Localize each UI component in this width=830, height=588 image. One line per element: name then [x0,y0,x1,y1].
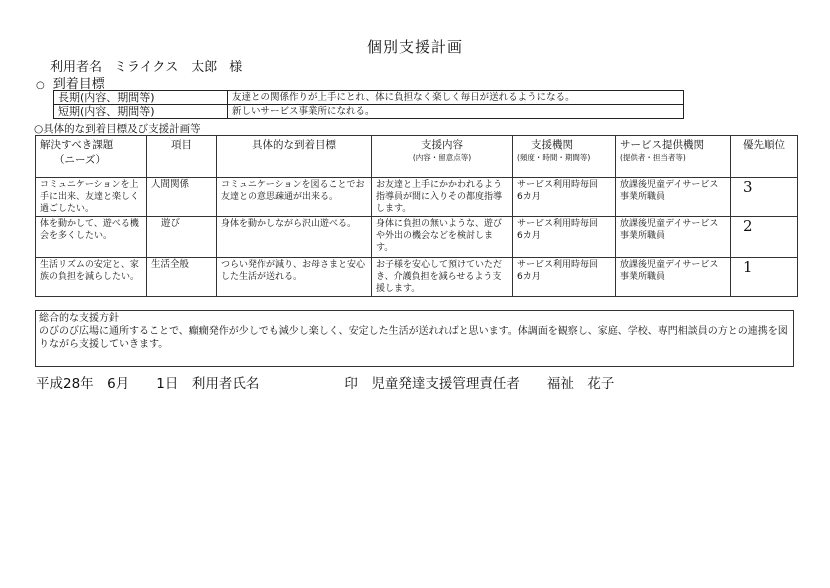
goal-cell: コミュニケーションを図ることでお友達との意思疎通が出来る。 [217,178,372,217]
user-honorific: 様 [229,60,242,75]
header-item: 項目 [147,136,217,178]
manager-name: 福祉 花子 [547,372,615,392]
header-agency: 支援機関(頻度・時間・期間等) [513,136,616,178]
user-name: ミライクス 太郎 [114,60,217,75]
goal-cell: 身体を動かしながら沢山遊べる。 [217,217,372,258]
goal-value: 新しいサービス事業所になれる。 [228,105,684,119]
goals-table: 長期(内容、期間等) 友達との関係作りが上手にとれ、体に負担なく楽しく毎日が送れ… [53,90,684,119]
manager-label: 児童発達支援管理責任者 [371,372,520,392]
need-cell: コミュニケーションを上手に出来、友達と楽しく過ごしたい。 [36,178,147,217]
agency-cell: サービス利用時毎回6カ月 [513,258,616,297]
policy-heading: 総合的な支援方針 [39,312,793,325]
user-signature-label: 利用者氏名 [192,372,260,392]
agency-cell: サービス利用時毎回6カ月 [513,178,616,217]
support-cell: 身体に負担の無いような、遊びや外出の機会などを検討します。 [372,217,513,258]
need-cell: 生活リズムの安定と、家族の負担を減らしたい。 [36,258,147,297]
agency-cell: サービス利用時毎回6カ月 [513,217,616,258]
header-priority: 優先順位 [731,136,798,178]
seal-mark: 印 [344,372,358,392]
plan-heading: ○具体的な到着目標及び支援計画等 [34,121,201,136]
support-cell: お友達と上手にかかわれるよう指導員が間に入りその都度指導します。 [372,178,513,217]
item-cell: 生活全般 [147,258,217,297]
goal-label: 短期(内容、期間等) [54,105,228,119]
plan-row: コミュニケーションを上手に出来、友達と楽しく過ごしたい。 人間関係 コミュニケー… [36,178,798,217]
provider-cell: 放課後児童デイサービス事業所職員 [616,217,731,258]
plan-row: 生活リズムの安定と、家族の負担を減らしたい。 生活全般 つらい発作が減り、お母さ… [36,258,798,297]
goal-row-long: 長期(内容、期間等) 友達との関係作りが上手にとれ、体に負担なく楽しく毎日が送れ… [54,91,684,105]
plan-row: 体を動かして、遊べる機会を多くしたい。 遊び 身体を動かしながら沢山遊べる。 身… [36,217,798,258]
provider-cell: 放課後児童デイサービス事業所職員 [616,258,731,297]
plan-table: 解決すべき課題（ニーズ） 項目 具体的な到着目標 支援内容(内容・留意点等) 支… [35,135,798,297]
goal-value: 友達との関係作りが上手にとれ、体に負担なく楽しく毎日が送れるようになる。 [228,91,684,105]
item-cell: 人間関係 [147,178,217,217]
page-title: 個別支援計画 [0,36,830,57]
goal-label: 長期(内容、期間等) [54,91,228,105]
header-goal: 具体的な到着目標 [217,136,372,178]
item-cell: 遊び [147,217,217,258]
priority-cell: 2 [731,217,798,258]
header-provider: サービス提供機関(提供者・担当者等) [616,136,731,178]
plan-header-row: 解決すべき課題（ニーズ） 項目 具体的な到着目標 支援内容(内容・留意点等) 支… [36,136,798,178]
goal-cell: つらい発作が減り、お母さまと安心した生活が送れる。 [217,258,372,297]
header-support: 支援内容(内容・留意点等) [372,136,513,178]
header-needs: 解決すべき課題（ニーズ） [36,136,147,178]
provider-cell: 放課後児童デイサービス事業所職員 [616,178,731,217]
need-cell: 体を動かして、遊べる機会を多くしたい。 [36,217,147,258]
policy-text: のびのび広場に通所することで、癲癇発作が少しでも減少し楽しく、安定した生活が送れ… [39,325,793,351]
signature-line: 平成28年 6月 1日 利用者氏名印 児童発達支援管理責任者 福祉 花子 [36,372,614,392]
bullet-icon: ○ [36,80,45,91]
goal-row-short: 短期(内容、期間等) 新しいサービス事業所になれる。 [54,105,684,119]
priority-cell: 3 [731,178,798,217]
priority-cell: 1 [731,258,798,297]
support-cell: お子様を安心して預けていただき、介護負担を減らせるよう支援します。 [372,258,513,297]
policy-box: 総合的な支援方針 のびのび広場に通所することで、癲癇発作が少しでも減少し楽しく、… [35,310,794,367]
plan-date: 平成28年 6月 1日 [36,372,178,392]
